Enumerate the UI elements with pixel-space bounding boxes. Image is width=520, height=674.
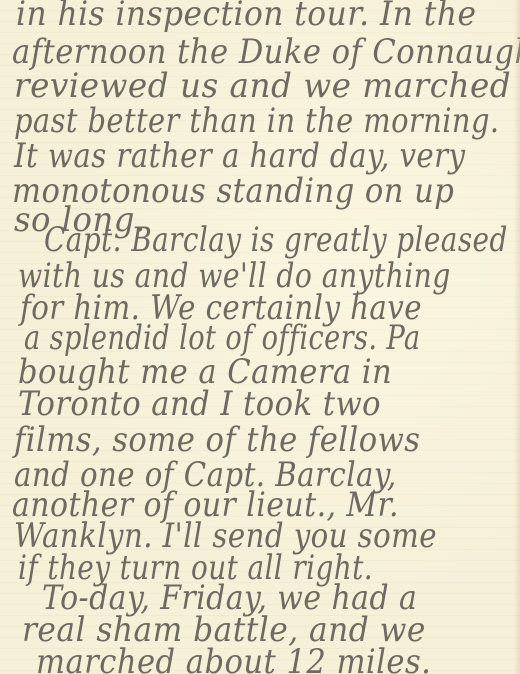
- letter-page: in his inspection tour. In the afternoon…: [0, 0, 520, 674]
- text-line-13: Toronto and I took two: [18, 384, 381, 424]
- paper-edge: [514, 0, 520, 674]
- text-line-8: Capt. Barclay is greatly pleased: [44, 220, 508, 260]
- text-line-21: marched about 12 miles.: [36, 642, 431, 674]
- text-line-5: It was rather a hard day, very: [14, 136, 466, 176]
- text-line-4: past better than in the morning.: [14, 101, 499, 141]
- text-line-14: films, some of the fellows: [14, 420, 420, 460]
- text-line-1: in his inspection tour. In the: [16, 0, 476, 34]
- text-line-3: reviewed us and we marched: [14, 66, 511, 106]
